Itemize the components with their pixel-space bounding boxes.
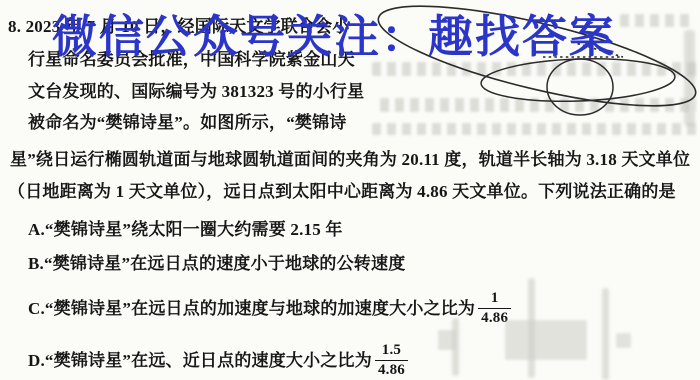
option-d-fraction-denominator: 4.86 bbox=[375, 360, 408, 378]
watermark: 微信公众号关注：趣找答案 bbox=[52, 0, 616, 65]
option-d-fraction: 1.5 4.86 bbox=[375, 343, 408, 378]
stem-line-4: 被命名为“樊锦诗星”。如图所示，“樊锦诗 bbox=[28, 112, 347, 134]
sun-sphere bbox=[547, 59, 613, 115]
option-d-text: D.“樊锦诗星”在远、近日点的速度大小之比为 bbox=[28, 350, 372, 372]
bleedthrough-blob bbox=[616, 333, 631, 348]
option-d-fraction-numerator: 1.5 bbox=[379, 343, 404, 360]
option-c: C.“樊锦诗星”在远日点的加速度与地球的加速度大小之比为 1 4.86 bbox=[28, 291, 511, 326]
option-a: A.“樊锦诗星”绕太阳一圈大约需要 2.15 年 bbox=[28, 219, 343, 241]
option-c-fraction-numerator: 1 bbox=[488, 291, 502, 308]
bleedthrough-mark bbox=[602, 288, 609, 380]
bleedthrough-blob bbox=[438, 330, 456, 350]
option-c-text: C.“樊锦诗星”在远日点的加速度与地球的加速度大小之比为 bbox=[28, 298, 475, 320]
option-b: B.“樊锦诗星”在远日点的速度小于地球的公转速度 bbox=[28, 253, 405, 275]
stem-line-6: （日地距离为 1 天文单位），远日点到太阳中心距离为 4.86 天文单位。下列说… bbox=[8, 181, 698, 203]
stem-line-3: 文台发现的、国际编号为 381323 号的小行星 bbox=[28, 81, 364, 103]
bleedthrough-block bbox=[505, 320, 587, 360]
stem-line-5: 星”绕日运行椭圆轨道面与地球圆轨道面间的夹角为 20.11 度，轨道半长轴为 3… bbox=[10, 149, 700, 171]
exam-page: 8. 2023 年 7 月 10 日，经国际天文学联合会小 行星命名委员会批准，… bbox=[0, 0, 700, 380]
option-d: D.“樊锦诗星”在远、近日点的速度大小之比为 1.5 4.86 bbox=[28, 343, 408, 378]
